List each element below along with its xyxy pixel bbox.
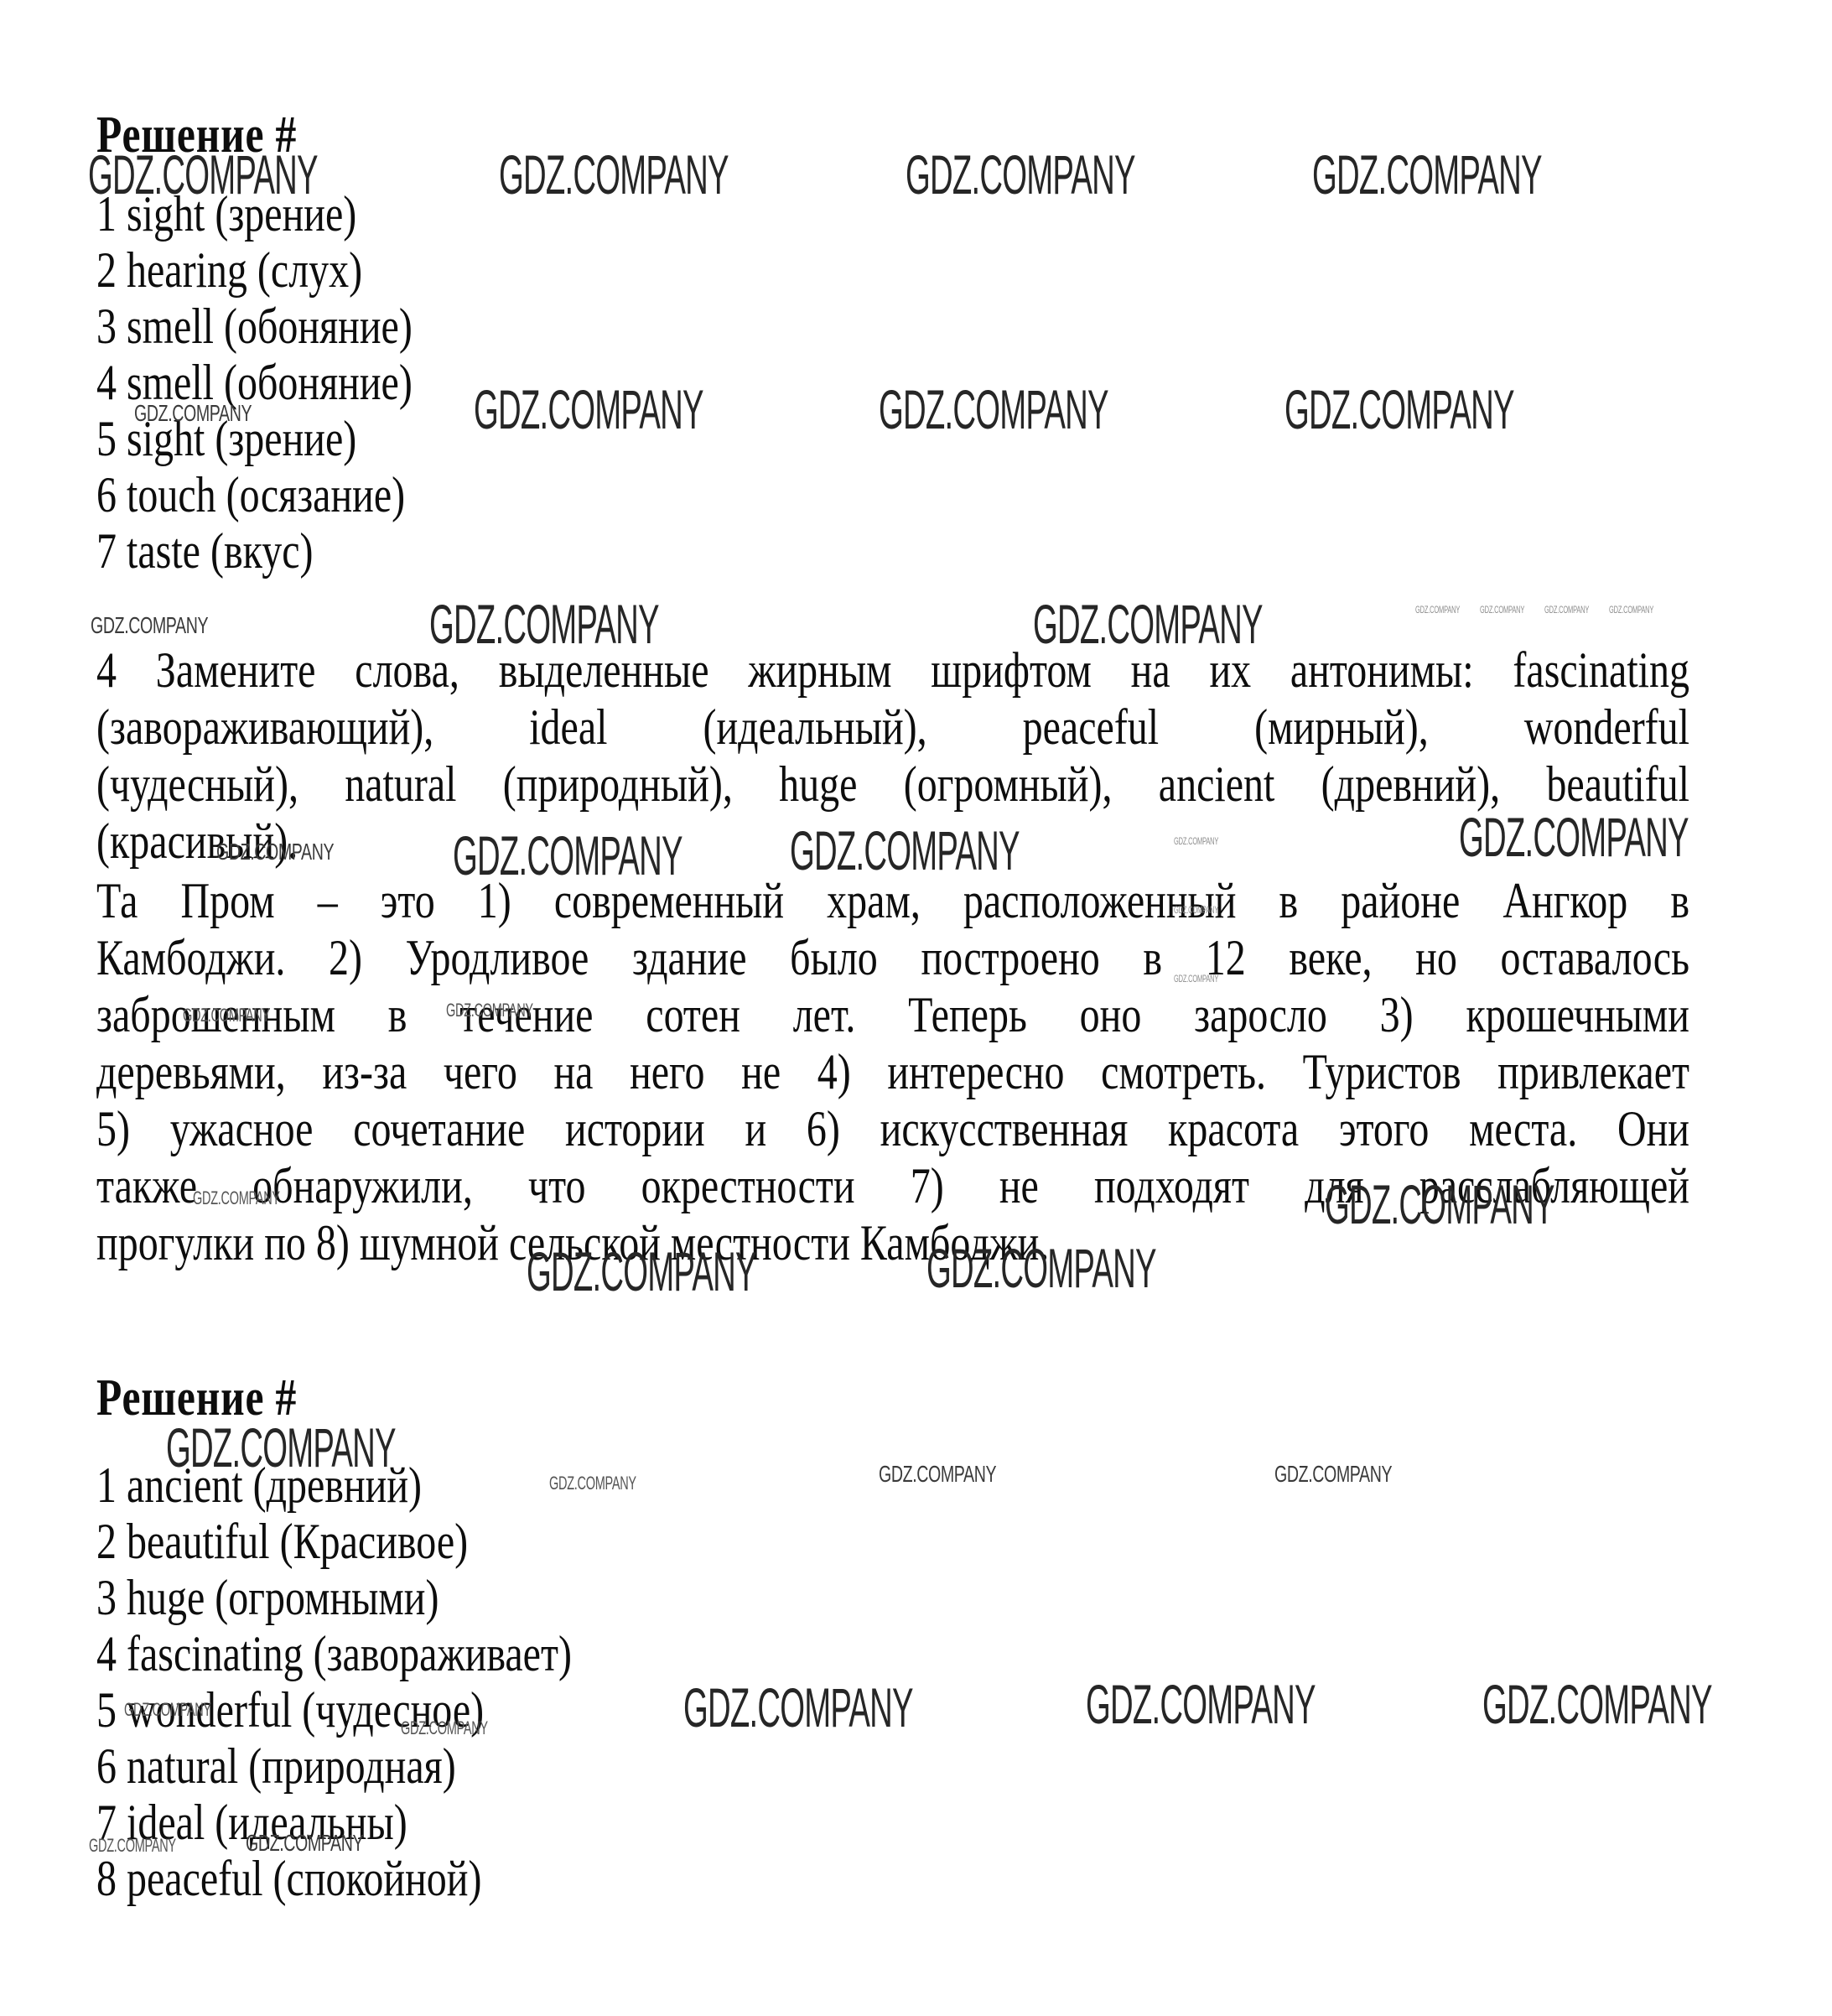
gdz-company-watermark: GDZ.COMPANY <box>790 818 1020 882</box>
text-line: 5) ужасное сочетание истории и 6) искусс… <box>96 1100 1689 1157</box>
gdz-company-watermark: GDZ.COMPANY <box>401 1717 488 1739</box>
text-line: 4 Замените слова, выделенные жирным шриф… <box>96 642 1689 699</box>
text-line: 6 touch (осязание) <box>96 467 1689 523</box>
text-line: Камбоджи. 2) Уродливое здание было постр… <box>96 929 1689 986</box>
gdz-company-watermark: GDZ.COMPANY <box>91 612 208 639</box>
gdz-company-watermark: GDZ.COMPANY <box>1312 143 1542 206</box>
gdz-company-watermark: GDZ.COMPANY <box>124 1699 211 1721</box>
gdz-company-watermark: GDZ.COMPANY <box>1609 604 1653 616</box>
gdz-company-watermark: GDZ.COMPANY <box>1459 805 1689 869</box>
text-line: деревьями, из-за чего на него не 4) инте… <box>96 1043 1689 1100</box>
gdz-company-watermark: GDZ.COMPANY <box>1174 835 1218 847</box>
gdz-company-watermark: GDZ.COMPANY <box>906 143 1135 206</box>
gdz-company-watermark: GDZ.COMPANY <box>216 839 334 865</box>
text-line: 8 peaceful (спокойной) <box>96 1851 1689 1907</box>
text-line: заброшенным в течение сотен лет. Теперь … <box>96 986 1689 1043</box>
gdz-company-watermark: GDZ.COMPANY <box>1415 604 1460 616</box>
gdz-company-watermark: GDZ.COMPANY <box>246 1830 363 1857</box>
gdz-company-watermark: GDZ.COMPANY <box>1033 592 1263 656</box>
gdz-company-watermark: GDZ.COMPANY <box>1174 973 1218 985</box>
gdz-company-watermark: GDZ.COMPANY <box>1086 1672 1316 1736</box>
gdz-company-watermark: GDZ.COMPANY <box>683 1676 913 1739</box>
gdz-company-watermark: GDZ.COMPANY <box>88 143 318 206</box>
text-line: (чудесный), natural (природный), huge (о… <box>96 756 1689 813</box>
text-line: 7 taste (вкус) <box>96 523 1689 579</box>
gdz-company-watermark: GDZ.COMPANY <box>549 1473 636 1494</box>
gdz-company-watermark: GDZ.COMPANY <box>527 1239 756 1303</box>
text-line: 2 beautiful (Красивое) <box>96 1514 1689 1570</box>
gdz-company-watermark: GDZ.COMPANY <box>1482 1672 1712 1736</box>
text-line: 4 fascinating (завораживает) <box>96 1626 1689 1682</box>
gdz-company-watermark: GDZ.COMPANY <box>499 143 729 206</box>
gdz-company-watermark: GDZ.COMPANY <box>453 824 682 887</box>
gdz-company-watermark: GDZ.COMPANY <box>474 377 703 441</box>
gdz-company-watermark: GDZ.COMPANY <box>1325 1172 1554 1236</box>
gdz-company-watermark: GDZ.COMPANY <box>183 1005 270 1026</box>
gdz-company-watermark: GDZ.COMPANY <box>879 377 1108 441</box>
gdz-company-watermark: GDZ.COMPANY <box>1174 904 1218 916</box>
text-line: 3 huge (огромными) <box>96 1570 1689 1626</box>
gdz-company-watermark: GDZ.COMPANY <box>926 1236 1156 1300</box>
text-line: 3 smell (обоняние) <box>96 299 1689 355</box>
gdz-company-watermark: GDZ.COMPANY <box>879 1461 996 1488</box>
gdz-company-watermark: GDZ.COMPANY <box>193 1187 280 1209</box>
text-line: 6 natural (природная) <box>96 1738 1689 1795</box>
gdz-company-watermark: GDZ.COMPANY <box>1480 604 1524 616</box>
gdz-company-watermark: GDZ.COMPANY <box>1274 1461 1392 1488</box>
gdz-company-watermark: GDZ.COMPANY <box>134 400 252 427</box>
text-line: 2 hearing (слух) <box>96 242 1689 299</box>
gdz-company-watermark: GDZ.COMPANY <box>89 1835 176 1857</box>
gdz-company-watermark: GDZ.COMPANY <box>1544 604 1589 616</box>
gdz-company-watermark: GDZ.COMPANY <box>429 592 659 656</box>
gdz-company-watermark: GDZ.COMPANY <box>166 1416 396 1479</box>
text-line: (завораживающий), ideal (идеальный), pea… <box>96 699 1689 756</box>
gdz-company-watermark: GDZ.COMPANY <box>446 1000 533 1021</box>
document-page: Решение # 1 sight (зрение)2 hearing (слу… <box>0 0 1832 2016</box>
gdz-company-watermark: GDZ.COMPANY <box>1284 377 1514 441</box>
